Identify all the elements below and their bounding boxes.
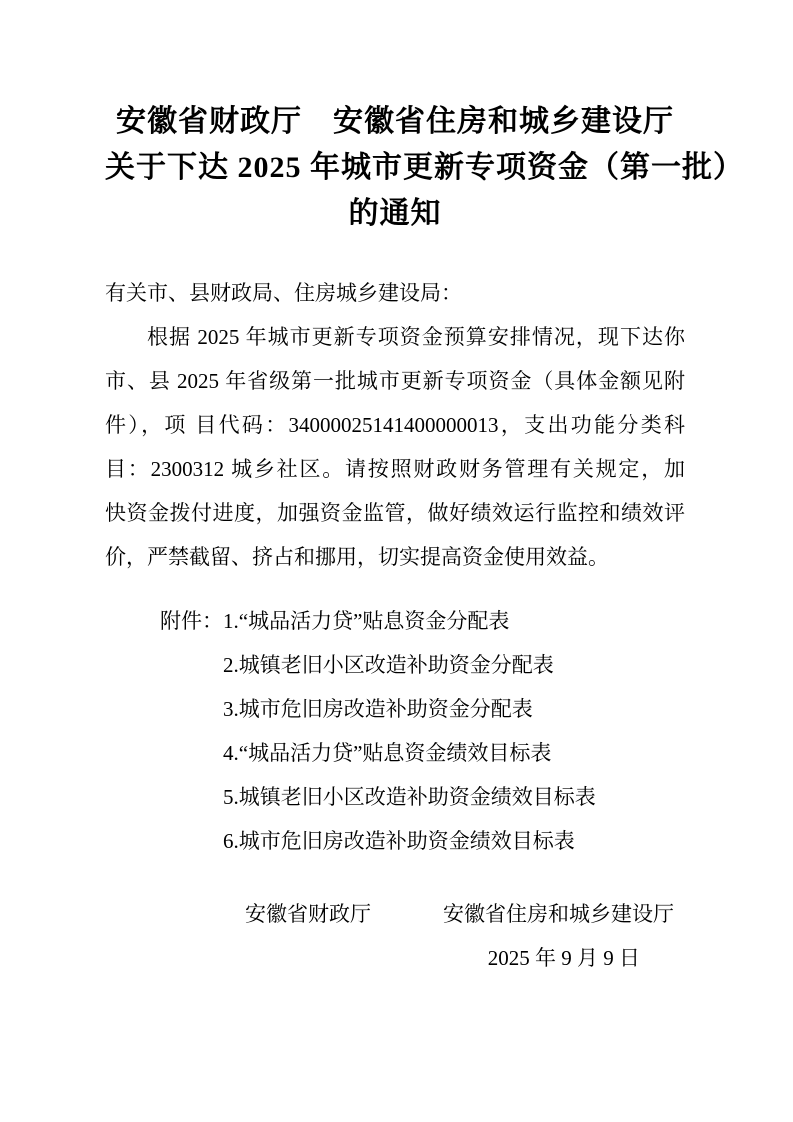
document-title-line: 的通知 [105, 191, 685, 237]
attachment-item: 6.城市危旧房改造补助资金绩效目标表 [223, 819, 685, 863]
document-page: 安徽省财政厅 安徽省住房和城乡建设厅关于下达 2025 年城市更新专项资金（第一… [0, 0, 793, 1122]
body-text-line: 市、县 2025 年省级第一批城市更新专项资金（具体金额见附 [105, 359, 685, 403]
attachment-label: 附件： [160, 599, 223, 643]
document-date: 2025 年 9 月 9 日 [105, 936, 685, 980]
signature-issuer-finance: 安徽省财政厅 [245, 892, 371, 936]
attachment-item: 3.城市危旧房改造补助资金分配表 [223, 687, 685, 731]
signature-row: 安徽省财政厅 安徽省住房和城乡建设厅 [105, 892, 685, 936]
document-content: 安徽省财政厅 安徽省住房和城乡建设厅关于下达 2025 年城市更新专项资金（第一… [0, 0, 793, 980]
attachment-list: 附件： 1.“城品活力贷”贴息资金分配表2.城镇老旧小区改造补助资金分配表3.城… [105, 599, 685, 863]
attachment-items: 1.“城品活力贷”贴息资金分配表2.城镇老旧小区改造补助资金分配表3.城市危旧房… [223, 599, 685, 863]
body-text-line: 目：2300312 城乡社区。请按照财政财务管理有关规定，加 [105, 447, 685, 491]
attachment-item: 1.“城品活力贷”贴息资金分配表 [223, 599, 685, 643]
document-body: 有关市、县财政局、住房城乡建设局：根据 2025 年城市更新专项资金预算安排情况… [105, 271, 685, 579]
attachment-item: 4.“城品活力贷”贴息资金绩效目标表 [223, 731, 685, 775]
document-title: 安徽省财政厅 安徽省住房和城乡建设厅关于下达 2025 年城市更新专项资金（第一… [105, 99, 685, 237]
body-text-line: 件），项 目代码：34000025141400000013，支出功能分类科 [105, 403, 685, 447]
body-text-line: 根据 2025 年城市更新专项资金预算安排情况，现下达你 [105, 315, 685, 359]
body-text-line: 价，严禁截留、挤占和挪用，切实提高资金使用效益。 [105, 535, 685, 579]
body-text-line: 快资金拨付进度，加强资金监管，做好绩效运行监控和绩效评 [105, 491, 685, 535]
document-title-line: 安徽省财政厅 安徽省住房和城乡建设厅 [105, 99, 685, 145]
attachment-item: 2.城镇老旧小区改造补助资金分配表 [223, 643, 685, 687]
attachment-item: 5.城镇老旧小区改造补助资金绩效目标表 [223, 775, 685, 819]
document-title-line: 关于下达 2025 年城市更新专项资金（第一批） [105, 145, 685, 191]
body-text-line: 有关市、县财政局、住房城乡建设局： [105, 271, 685, 315]
signature-issuer-housing: 安徽省住房和城乡建设厅 [443, 892, 674, 936]
